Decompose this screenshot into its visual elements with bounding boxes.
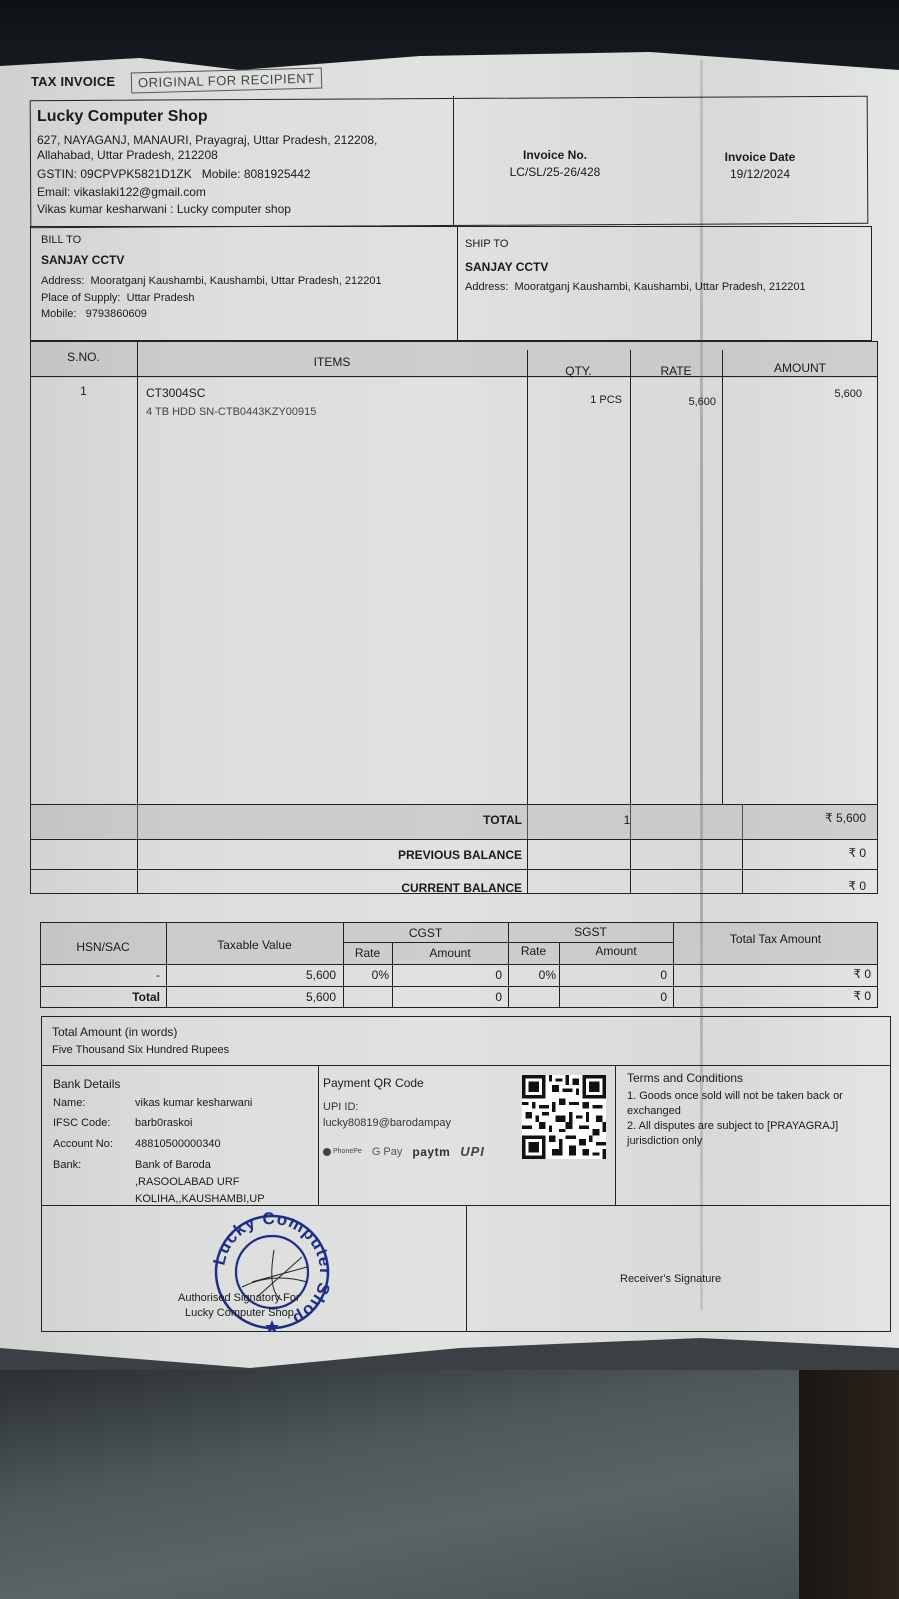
col-header-qty: QTY. <box>527 364 630 378</box>
bill-to-name: SANJAY CCTV <box>41 253 124 267</box>
row-qty: 1 PCS <box>527 394 622 406</box>
seller-name: Lucky Computer Shop <box>37 108 208 126</box>
divider <box>457 226 458 341</box>
authorised-signatory-company: Lucky Computer Shop <box>185 1307 294 1319</box>
document-title: TAX INVOICE <box>31 74 115 89</box>
bill-to-mobile-row: Mobile: 9793860609 <box>41 308 147 320</box>
seller-owner: Vikas kumar kesharwani <box>37 202 167 216</box>
upi-label: UPI ID: <box>323 1101 358 1113</box>
col-header-rate: RATE <box>630 364 722 378</box>
col-header-sno: S.NO. <box>30 350 137 364</box>
row-item-description: 4 TB HDD SN-CTB0443KZY00915 <box>146 406 316 418</box>
tax-invoice-document: TAX INVOICE ORIGINAL FOR RECIPIENT Lucky… <box>0 0 899 1599</box>
tax-header-sgst-rate: Rate <box>508 944 559 958</box>
tax-header-cgst: CGST <box>343 926 508 940</box>
divider <box>453 96 454 226</box>
authorised-signatory-label: Authorised Signatory For <box>178 1292 300 1304</box>
phonepe-logo-icon: PhonePe <box>323 1148 362 1156</box>
place-of-supply-row: Place of Supply: Uttar Pradesh <box>41 292 195 304</box>
bank-branch-line1: ,RASOOLABAD URF <box>135 1176 240 1188</box>
tax-header-total-tax: Total Tax Amount <box>673 932 878 946</box>
current-balance-label: CURRENT BALANCE <box>137 881 522 895</box>
bill-to-label: BILL TO <box>41 234 81 246</box>
bank-account-number: 48810500000340 <box>135 1138 221 1150</box>
copy-tag: ORIGINAL FOR RECIPIENT <box>131 68 322 94</box>
row-item-code: CT3004SC <box>146 386 205 400</box>
bank-branch-line2: KOLIHA,,KAUSHAMBI,UP <box>135 1193 265 1205</box>
tax-header-cgst-rate: Rate <box>343 946 392 960</box>
receiver-signature-label: Receiver's Signature <box>620 1273 721 1285</box>
invoice-number: LC/SL/25-26/428 <box>480 165 630 179</box>
payment-qr-code-icon[interactable] <box>522 1075 606 1159</box>
previous-balance-label: PREVIOUS BALANCE <box>137 848 522 862</box>
total-amount: ₹ 5,600 <box>742 811 866 825</box>
terms-title: Terms and Conditions <box>627 1071 743 1085</box>
bank-ifsc: barb0raskoi <box>135 1117 192 1129</box>
seller-address-line1: 627, NAYAGANJ, MANAURI, Prayagraj, Uttar… <box>37 133 377 147</box>
bill-to-address-row: Address: Mooratganj Kaushambi, Kaushambi… <box>41 275 382 287</box>
tax-header-sgst-amount: Amount <box>559 944 673 958</box>
gpay-logo-icon: G Pay <box>372 1146 403 1158</box>
bill-to-address: Mooratganj Kaushambi, Kaushambi, Uttar P… <box>91 275 382 287</box>
ship-to-address: Mooratganj Kaushambi, Kaushambi, Uttar P… <box>515 281 806 293</box>
ship-to-label: SHIP TO <box>465 238 508 250</box>
terms-line-2: 2. All disputes are subject to [PRAYAGRA… <box>627 1120 838 1132</box>
invoice-number-label: Invoice No. <box>480 148 630 162</box>
bank-name: Bank of Baroda <box>135 1159 211 1171</box>
tax-header-taxable: Taxable Value <box>166 938 343 952</box>
seller-address-line2: Allahabad, Uttar Pradesh, 212208 <box>37 148 218 162</box>
seller-gstin: 09CPVPK5821D1ZK <box>80 167 191 181</box>
seller-gstin-row: GSTIN: 09CPVPK5821D1ZK Mobile: 808192544… <box>37 167 311 181</box>
tax-header-hsn: HSN/SAC <box>40 940 166 954</box>
ship-to-address-row: Address: Mooratganj Kaushambi, Kaushambi… <box>465 281 806 293</box>
seller-email: vikaslaki122@gmail.com <box>74 185 206 199</box>
total-label: TOTAL <box>137 813 522 827</box>
amount-words-label: Total Amount (in words) <box>52 1025 177 1039</box>
previous-balance: ₹ 0 <box>742 846 866 860</box>
paytm-logo-icon: paytm <box>412 1145 450 1159</box>
seller-owner-row: Vikas kumar kesharwani : Lucky computer … <box>37 202 291 216</box>
bill-to-mobile: 9793860609 <box>86 308 147 320</box>
total-qty: 1 <box>527 813 727 827</box>
invoice-date-label: Invoice Date <box>690 150 830 164</box>
col-header-items: ITEMS <box>137 355 527 369</box>
terms-line-1: 1. Goods once sold will not be taken bac… <box>627 1090 843 1102</box>
seller-email-row: Email: vikaslaki122@gmail.com <box>37 185 206 199</box>
tax-header-sgst: SGST <box>508 925 673 939</box>
current-balance: ₹ 0 <box>742 879 866 893</box>
payment-app-logos: PhonePe G Pay paytm UPI <box>323 1144 485 1159</box>
invoice-date: 19/12/2024 <box>690 167 830 181</box>
ship-to-name: SANJAY CCTV <box>465 260 548 274</box>
payment-qr-title: Payment QR Code <box>323 1076 424 1090</box>
row-sno: 1 <box>30 384 137 398</box>
bank-account-name: vikas kumar kesharwani <box>135 1097 252 1109</box>
tax-header-cgst-amount: Amount <box>392 946 508 960</box>
bank-details-title: Bank Details <box>53 1077 120 1091</box>
row-amount: 5,600 <box>722 388 862 400</box>
upi-id: lucky80819@barodampay <box>323 1117 451 1129</box>
place-of-supply: Uttar Pradesh <box>127 292 195 304</box>
amount-words: Five Thousand Six Hundred Rupees <box>52 1044 229 1056</box>
col-header-amount: AMOUNT <box>722 361 878 375</box>
row-rate: 5,600 <box>630 396 716 408</box>
upi-logo-icon: UPI <box>460 1144 485 1159</box>
seller-mobile: 8081925442 <box>244 167 311 181</box>
